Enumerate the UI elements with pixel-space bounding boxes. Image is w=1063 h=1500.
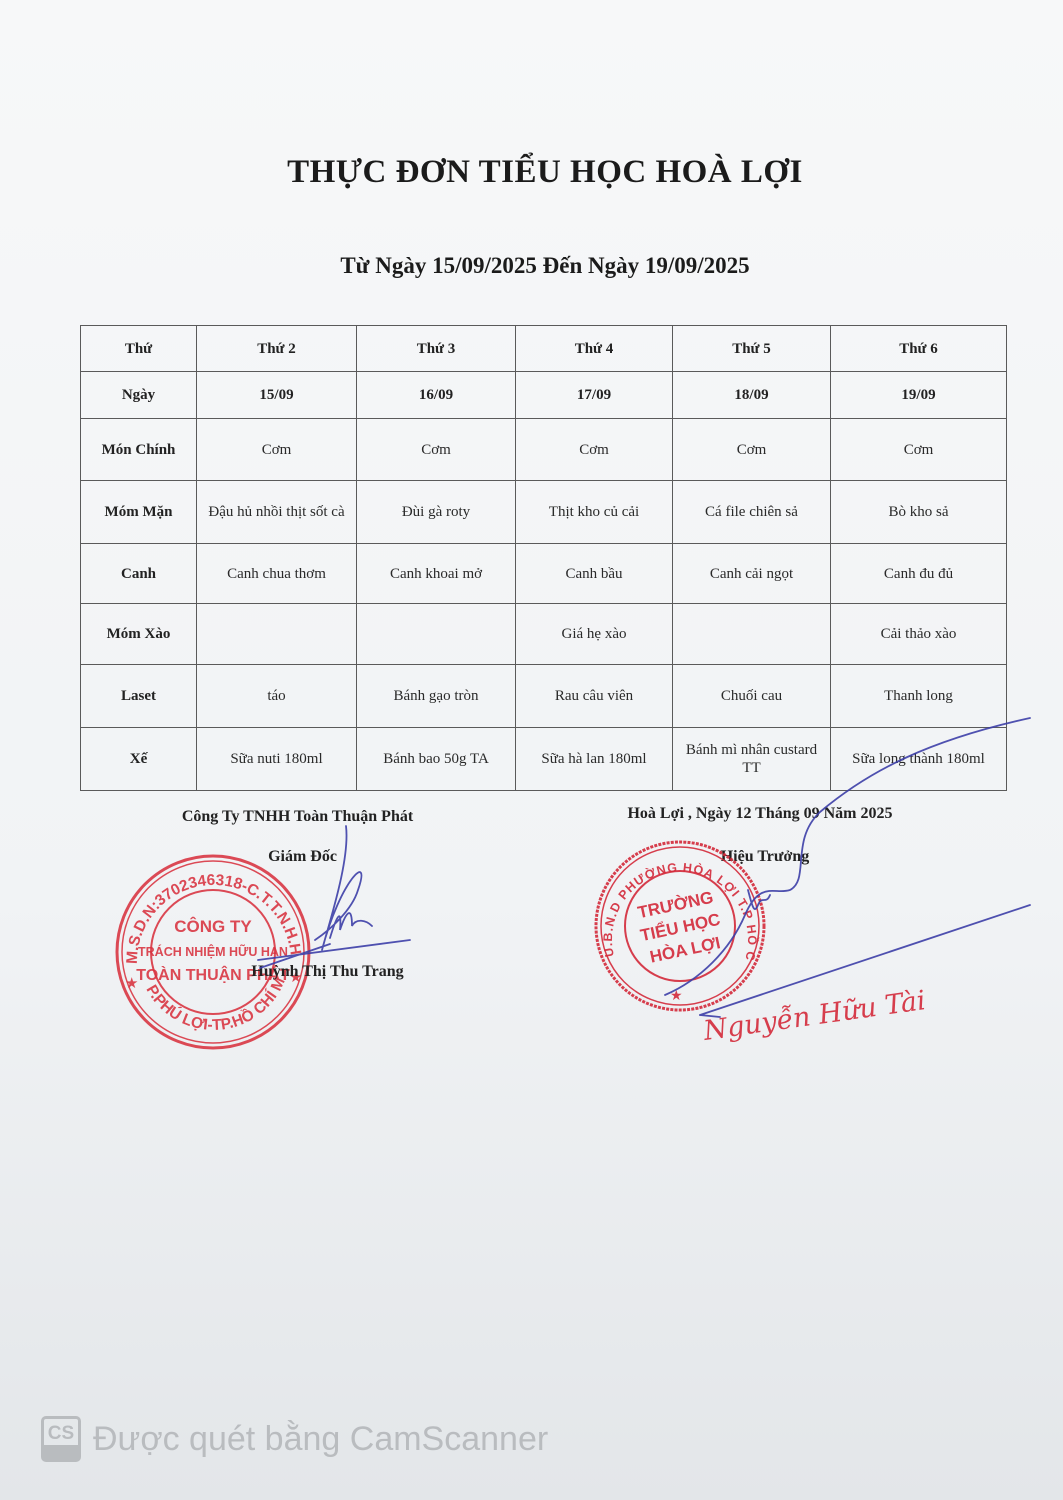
date-cell: 15/09 [197,372,357,419]
menu-cell: Chuối cau [673,665,831,728]
row-label: Thứ [81,326,197,372]
date-cell: 18/09 [673,372,831,419]
document-title: THỰC ĐƠN TIỂU HỌC HOÀ LỢI [0,154,1063,191]
menu-cell: Canh chua thơm [197,544,357,604]
table-row: Móm XàoGiá hẹ xàoCải thảo xào [81,604,1007,665]
row-label: Xế [81,728,197,791]
menu-cell [673,604,831,665]
menu-cell: Rau câu viên [516,665,673,728]
svg-text:CÔNG TY: CÔNG TY [174,917,252,936]
row-label: Ngày [81,372,197,419]
date-cell: 19/09 [831,372,1007,419]
row-label: Móm Mặn [81,481,197,544]
menu-cell: Cá file chiên sả [673,481,831,544]
svg-text:★: ★ [670,987,683,1003]
watermark-text: Được quét bằng CamScanner [93,1420,548,1459]
day-header: Thứ 5 [673,326,831,372]
menu-cell: Đậu hủ nhồi thịt sốt cà [197,481,357,544]
row-label: Laset [81,665,197,728]
table-row-dates: Ngày15/0916/0917/0918/0919/09 [81,372,1007,419]
table-row: Móm MặnĐậu hủ nhồi thịt sốt càĐùi gà rot… [81,481,1007,544]
school-stamp: U.B.N.D PHƯỜNG HÒA LỢI T.P HỒ CHÍ MINH ★… [592,838,768,1014]
table-header-row: ThứThứ 2Thứ 3Thứ 4Thứ 5Thứ 6 [81,326,1007,372]
row-label: Canh [81,544,197,604]
company-name: Công Ty TNHH Toàn Thuận Phát [120,808,475,826]
menu-cell [357,604,516,665]
menu-table: ThứThứ 2Thứ 3Thứ 4Thứ 5Thứ 6Ngày15/0916/… [80,325,1007,791]
day-header: Thứ 4 [516,326,673,372]
menu-cell: Bò kho sả [831,481,1007,544]
menu-cell: Bánh gạo tròn [357,665,516,728]
menu-cell: Cơm [197,419,357,481]
date-cell: 16/09 [357,372,516,419]
camscanner-logo-icon: CS [41,1416,81,1462]
date-cell: 17/09 [516,372,673,419]
menu-cell: Canh khoai mở [357,544,516,604]
svg-text:TRÁCH NHIỆM HỮU HẠN: TRÁCH NHIỆM HỮU HẠN [138,944,288,959]
table-row: Món ChínhCơmCơmCơmCơmCơm [81,419,1007,481]
menu-cell: táo [197,665,357,728]
day-header: Thứ 2 [197,326,357,372]
day-header: Thứ 3 [357,326,516,372]
menu-cell [197,604,357,665]
menu-cell: Giá hẹ xào [516,604,673,665]
table-row: XếSữa nuti 180mlBánh bao 50g TASữa hà la… [81,728,1007,791]
menu-cell: Cơm [357,419,516,481]
menu-cell: Cơm [516,419,673,481]
menu-cell: Cơm [831,419,1007,481]
row-label: Móm Xào [81,604,197,665]
menu-cell: Cơm [673,419,831,481]
row-label: Món Chính [81,419,197,481]
menu-cell: Cải thảo xào [831,604,1007,665]
menu-cell: Sữa hà lan 180ml [516,728,673,791]
date-range-subtitle: Từ Ngày 15/09/2025 Đến Ngày 19/09/2025 [0,253,1063,279]
menu-cell: Canh cải ngọt [673,544,831,604]
company-stamp: M.S.D.N:3702346318-C.T.T.N.H.H P.PHÚ LỢI… [113,852,313,1052]
menu-cell: Canh bầu [516,544,673,604]
menu-cell: Canh đu đủ [831,544,1007,604]
menu-cell: Sữa long thành 180ml [831,728,1007,791]
menu-cell: Thanh long [831,665,1007,728]
menu-cell: Đùi gà roty [357,481,516,544]
menu-cell: Bánh bao 50g TA [357,728,516,791]
menu-cell: Thịt kho củ cải [516,481,673,544]
day-header: Thứ 6 [831,326,1007,372]
camscanner-watermark: CS Được quét bằng CamScanner [41,1416,548,1462]
director-name: Huỳnh Thị Thu Trang [150,963,505,981]
place-and-date: Hoà Lợi , Ngày 12 Tháng 09 Năm 2025 [590,805,930,823]
table-row: LasettáoBánh gạo trònRau câu viênChuối c… [81,665,1007,728]
table-row: CanhCanh chua thơmCanh khoai mởCanh bầuC… [81,544,1007,604]
menu-cell: Bánh mì nhân custard TT [673,728,831,791]
menu-cell: Sữa nuti 180ml [197,728,357,791]
